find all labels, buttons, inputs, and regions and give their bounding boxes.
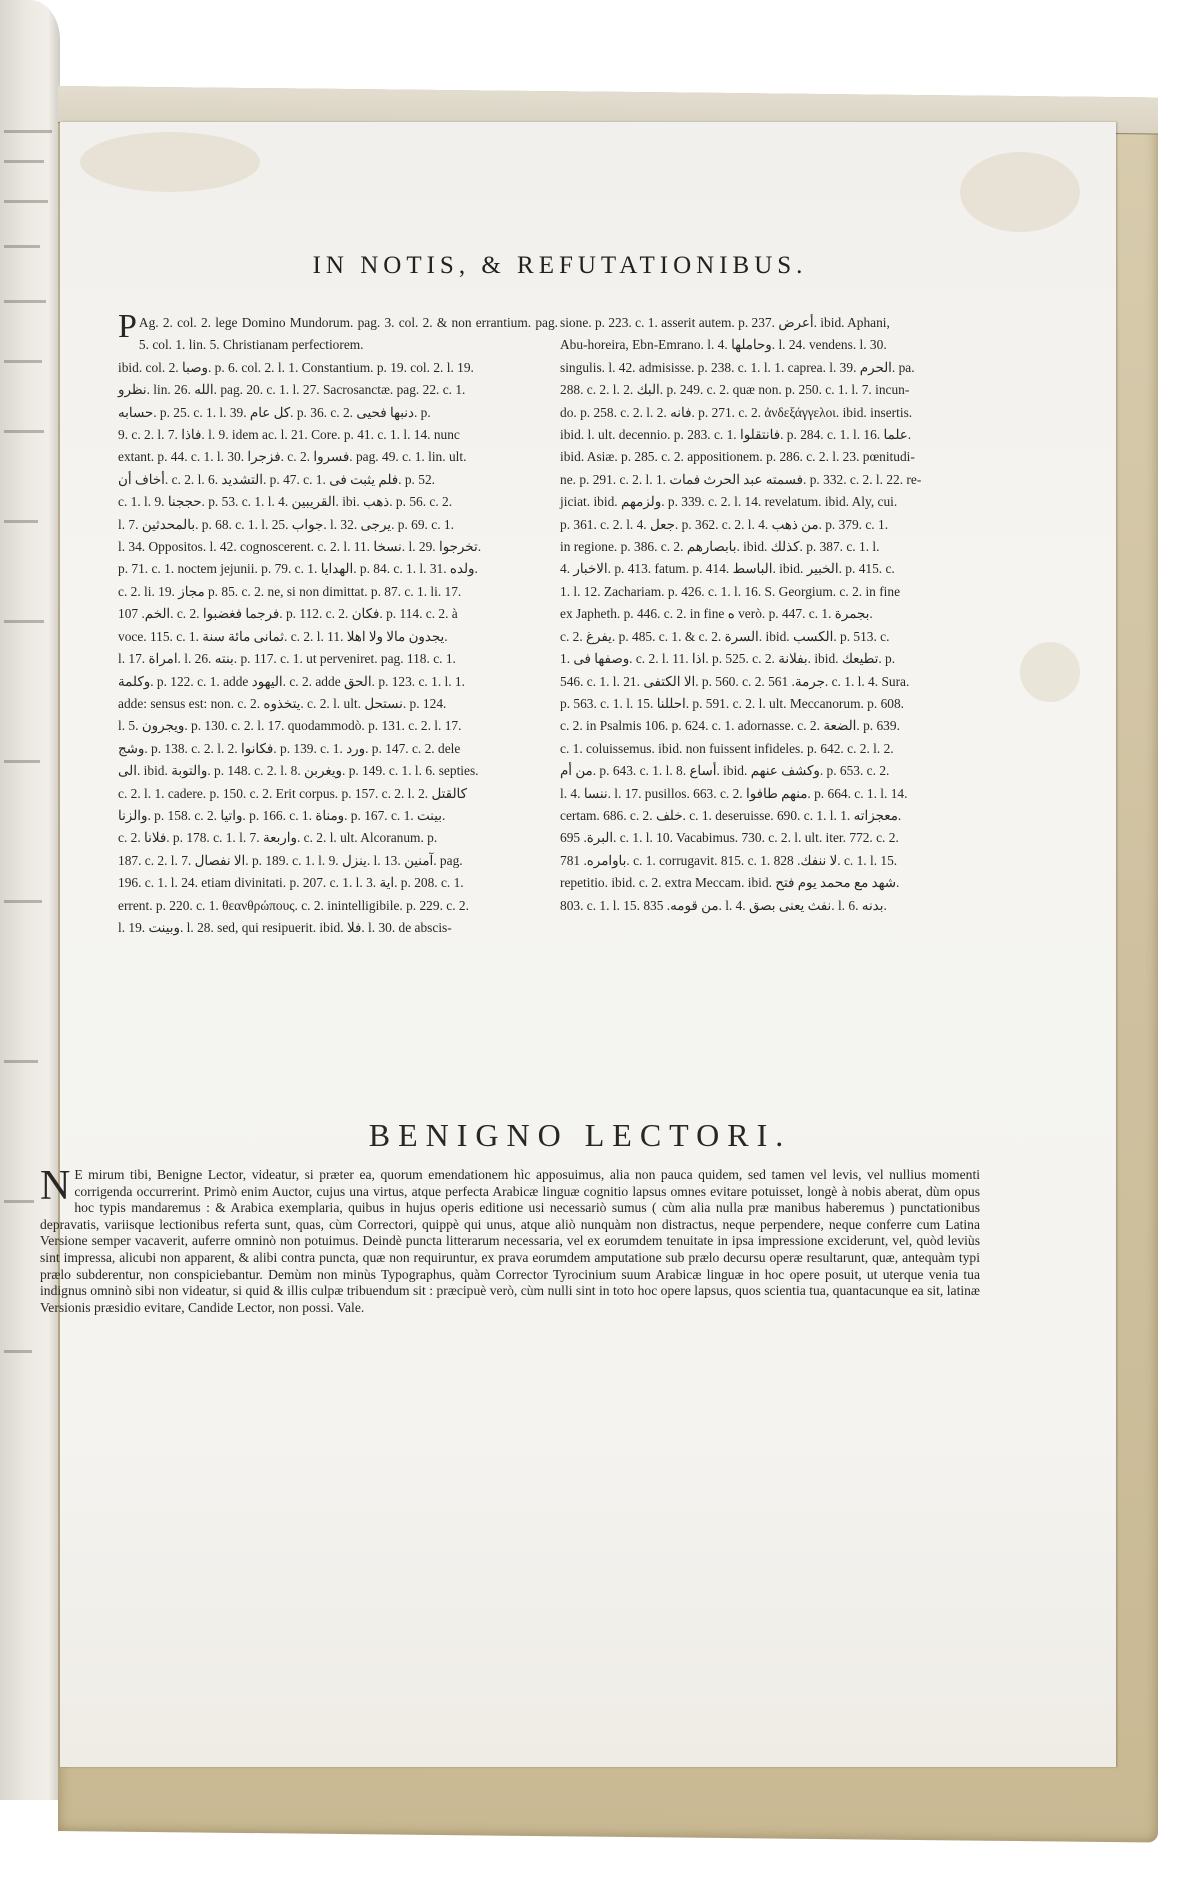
errata-line: extant. p. 44. c. 1. l. 30. فزجرا. c. 2.… [118,446,558,468]
bleed-through-text [4,245,40,248]
errata-line: c. 1. l. 9. حججنا. p. 53. c. 1. l. 4. ال… [118,491,558,513]
errata-line: ibid. Asiæ. p. 285. c. 2. appositionem. … [560,446,1000,468]
errata-line: باوامره. 781. c. 1. corrugavit. 815. c. … [560,850,1000,872]
errata-line: p. 563. c. 1. l. 15. احللنا. p. 591. c. … [560,693,1000,715]
errata-line: ibid. l. ult. decennio. p. 283. c. 1. فا… [560,424,1000,446]
errata-line: 187. c. 2. l. 7. الا نفصال. p. 189. c. 1… [118,850,558,872]
page-title: IN NOTIS, & REFUTATIONIBUS. [260,252,860,280]
errata-line: c. 2. يفرغ. p. 485. c. 1. & c. 2. السرة.… [560,626,1000,648]
bleed-through-text [4,200,48,203]
errata-line: ibid. col. 2. وصبا. p. 6. col. 2. l. 1. … [118,357,558,379]
errata-line: أخاف أن. c. 2. l. 6. التشديد. p. 47. c. … [118,469,558,491]
foxing-stain [80,132,260,192]
errata-line: ex Japheth. p. 446. c. 2. in fine ه verò… [560,603,1000,625]
errata-line: نظرو. lin. 26. الله. pag. 20. c. 1. l. 2… [118,379,558,401]
errata-line: من أم. p. 643. c. 1. l. 8. أساع. ibid. و… [560,760,1000,782]
bleed-through-text [4,160,44,163]
errata-line: p. 71. c. 1. noctem jejunii. p. 79. c. 1… [118,558,558,580]
errata-line: l. 7. بالمحدثين. p. 68. c. 1. l. 25. جوا… [118,514,558,536]
errata-line: jiciat. ibid. ولزمهم. p. 339. c. 2. l. 1… [560,491,1000,513]
errata-line: certam. 686. c. 2. خلف. c. 1. deseruisse… [560,805,1000,827]
errata-line: singulis. l. 42. admisisse. p. 238. c. 1… [560,357,1000,379]
errata-line: c. 1. coluissemus. ibid. non fuissent in… [560,738,1000,760]
errata-line: 546. c. 1. l. 21. الا الكتفى. p. 560. c.… [560,671,1000,693]
errata-line: voce. 115. c. 1. ثمانى مائة سنة. c. 2. l… [118,626,558,648]
errata-line: وكلمة. p. 122. c. 1. adde اليهود. c. 2. … [118,671,558,693]
errata-line: Abu-horeira, Ebn-Emrano. l. 4. وحاملها. … [560,334,1000,356]
errata-line: errent. p. 220. c. 1. θεανθρώπους. c. 2.… [118,895,558,917]
errata-line: 4. الاخبار. p. 413. fatum. p. 414. الباس… [560,558,1000,580]
errata-left-column: PAg. 2. col. 2. lege Domino Mundorum. pa… [118,312,558,939]
errata-line: والزنا. p. 158. c. 2. واتيا. p. 166. c. … [118,805,558,827]
errata-line: البرة. 695. c. 1. l. 10. Vacabimus. 730.… [560,827,1000,849]
bleed-through-text [4,430,44,433]
errata-line: l. 34. Oppositos. l. 42. cognoscerent. c… [118,536,558,558]
errata-line: do. p. 258. c. 2. l. 2. فانه. p. 271. c.… [560,402,1000,424]
errata-line: sione. p. 223. c. 1. asserit autem. p. 2… [560,312,1000,334]
book-page: IN NOTIS, & REFUTATIONIBUS. PAg. 2. col.… [60,122,1116,1767]
errata-line: l. 19. وبينت. l. 28. sed, qui resipuerit… [118,917,558,939]
errata-line: repetitio. ibid. c. 2. extra Meccam. ibi… [560,872,1000,894]
section-heading: BENIGNO LECTORI. [300,1117,860,1154]
errata-line: in regione. p. 386. c. 2. بابصارهم. ibid… [560,536,1000,558]
errata-line: 803. c. 1. l. 15. من قومه. 835. l. 4. نف… [560,895,1000,917]
bleed-through-text [4,130,52,133]
errata-line: c. 2. li. 19. مجاز p. 85. c. 2. ne, si n… [118,581,558,603]
errata-line: PAg. 2. col. 2. lege Domino Mundorum. pa… [118,312,558,357]
errata-line: الى. ibid. والتوبة. p. 148. c. 2. l. 8. … [118,760,558,782]
facing-page-edge [0,0,60,1800]
errata-line: l. 4. ننسا. l. 17. pusillos. 663. c. 2. … [560,783,1000,805]
bleed-through-text [4,760,40,763]
errata-line: adde: sensus est: non. c. 2. يتخذوه. c. … [118,693,558,715]
errata-line: l. 5. ويجرون. p. 130. c. 2. l. 17. quoda… [118,715,558,737]
bleed-through-text [4,300,46,303]
bleed-through-text [4,1350,32,1353]
lectori-body: E mirum tibi, Benigne Lector, videatur, … [40,1167,980,1315]
errata-line: 1. l. 12. Zachariam. p. 426. c. 1. l. 16… [560,581,1000,603]
errata-line: l. 17. امراة. l. 26. بنته. p. 117. c. 1.… [118,648,558,670]
foxing-stain [1020,642,1080,702]
foxing-stain [960,152,1080,232]
bleed-through-text [4,1060,38,1063]
bleed-through-text [4,620,44,623]
errata-line: حسابه. p. 25. c. 1. l. 39. كل عام. p. 36… [118,402,558,424]
errata-line: c. 2. l. 1. cadere. p. 150. c. 2. Erit c… [118,783,558,805]
errata-line: 9. c. 2. l. 7. فاذا. l. 9. idem ac. l. 2… [118,424,558,446]
errata-line: c. 2. in Psalmis 106. p. 624. c. 1. ador… [560,715,1000,737]
errata-line: 196. c. 1. l. 24. etiam divinitati. p. 2… [118,872,558,894]
errata-right-column: sione. p. 223. c. 1. asserit autem. p. 2… [560,312,1000,917]
bleed-through-text [4,900,42,903]
errata-line: ne. p. 291. c. 2. l. 1. فسمته عبد الحرث … [560,469,1000,491]
dropcap-p: P [118,312,137,342]
errata-line: وشج. p. 138. c. 2. l. 2. فكانوا. p. 139.… [118,738,558,760]
bleed-through-text [4,520,38,523]
errata-line: 288. c. 2. l. 2. البك. p. 249. c. 2. quæ… [560,379,1000,401]
errata-line: p. 361. c. 2. l. 4. جعل. p. 362. c. 2. l… [560,514,1000,536]
errata-line: 1. وصفها فى. c. 2. l. 11. اذا. p. 525. c… [560,648,1000,670]
bleed-through-text [4,1200,34,1203]
bleed-through-text [4,360,42,363]
errata-line: الخم. 107. c. 2. فرجما فغضبوا. p. 112. c… [118,603,558,625]
lectori-paragraph: N E mirum tibi, Benigne Lector, videatur… [40,1167,980,1316]
errata-line: c. 2. فلانا. p. 178. c. 1. l. 7. واربعة.… [118,827,558,849]
dropcap-n: N [40,1169,70,1203]
